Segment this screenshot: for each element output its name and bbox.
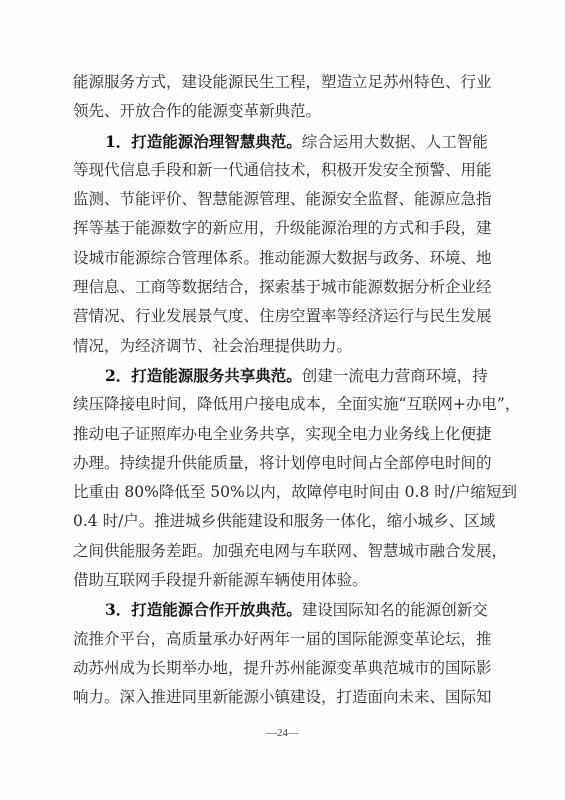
text-line: 监测、节能评价、智慧能源管理、能源安全监督、能源应急指 — [73, 185, 481, 214]
line-text: 推动电子证照库办电全业务共享，实现全电力业务线上化便捷 — [73, 425, 492, 443]
line-text: 等现代信息手段和新一代通信技术，积极开发安全预警、用能 — [73, 161, 492, 179]
section-heading-3: 3．打造能源合作开放典范。 — [105, 600, 302, 619]
text-line: 0.4 时/户。推进城乡供能建设和服务一体化，缩小城乡、区域 — [73, 507, 481, 536]
line-text: 综合运用大数据、人工智能 — [302, 133, 488, 151]
line-text: 续压降接电时间，降低用户接电成本，全面实施“互联网+办电”， — [73, 395, 520, 413]
text-line: 续压降接电时间，降低用户接电成本，全面实施“互联网+办电”， — [73, 390, 481, 419]
line-text: 设城市能源综合管理体系。推动能源大数据与政务、环境、地 — [73, 249, 492, 267]
text-line: 设城市能源综合管理体系。推动能源大数据与政务、环境、地 — [73, 244, 481, 273]
line-text: 比重由 80%降低至 50%以内，故障停电时间由 0.8 时/户缩短到 — [73, 483, 517, 501]
line-text: 办理。持续提升供能质量，将计划停电时间占全部停电时间的 — [73, 454, 492, 472]
text-line: 等现代信息手段和新一代通信技术，积极开发安全预警、用能 — [73, 156, 481, 185]
section-heading-line-3: 3．打造能源合作开放典范。建设国际知名的能源创新交 — [73, 595, 481, 624]
text-line: 响力。深入推进同里新能源小镇建设，打造面向未来、国际知 — [73, 683, 481, 712]
section-heading-2: 2．打造能源服务共享典范。 — [105, 366, 302, 385]
text-line: 挥等基于能源数字的新应用，升级能源治理的方式和手段，建 — [73, 214, 481, 243]
line-text: 建设国际知名的能源创新交 — [302, 601, 488, 619]
body-text: 能源服务方式，建设能源民生工程，塑造立足苏州特色、行业 领先、开放合作的能源变革… — [73, 68, 481, 713]
text-line: 推动电子证照库办电全业务共享，实现全电力业务线上化便捷 — [73, 420, 481, 449]
line-text: 借助互联网手段提升新能源车辆使用体验。 — [73, 571, 368, 589]
text-line: 情况，为经济调节、社会治理提供助力。 — [73, 332, 481, 361]
text-line: 领先、开放合作的能源变革新典范。 — [73, 97, 481, 126]
text-line: 之间供能服务差距。加强充电网与车联网、智慧城市融合发展， — [73, 537, 481, 566]
line-text: 监测、节能评价、智慧能源管理、能源安全监督、能源应急指 — [73, 190, 492, 208]
line-text: 0.4 时/户。推进城乡供能建设和服务一体化，缩小城乡、区域 — [73, 512, 495, 530]
text-line: 借助互联网手段提升新能源车辆使用体验。 — [73, 566, 481, 595]
line-text: 之间供能服务差距。加强充电网与车联网、智慧城市融合发展， — [73, 542, 507, 560]
text-line: 营情况、行业发展景气度、住房空置率等经济运行与民生发展 — [73, 302, 481, 331]
document-page: 能源服务方式，建设能源民生工程，塑造立足苏州特色、行业 领先、开放合作的能源变革… — [0, 0, 565, 800]
line-text: 营情况、行业发展景气度、住房空置率等经济运行与民生发展 — [73, 307, 492, 325]
text-line: 能源服务方式，建设能源民生工程，塑造立足苏州特色、行业 — [73, 68, 481, 97]
text-line: 动苏州成为长期举办地，提升苏州能源变革典范城市的国际影 — [73, 654, 481, 683]
line-text: 流推介平台，高质量承办好两年一届的国际能源变革论坛，推 — [73, 630, 492, 648]
text-line: 办理。持续提升供能质量，将计划停电时间占全部停电时间的 — [73, 449, 481, 478]
text-line: 比重由 80%降低至 50%以内，故障停电时间由 0.8 时/户缩短到 — [73, 478, 481, 507]
section-heading-line-2: 2．打造能源服务共享典范。创建一流电力营商环境，持 — [73, 361, 481, 390]
page-number: —24— — [0, 727, 565, 739]
line-text: 动苏州成为长期举办地，提升苏州能源变革典范城市的国际影 — [73, 659, 492, 677]
section-heading-1: 1．打造能源治理智慧典范。 — [105, 132, 302, 151]
line-text: 创建一流电力营商环境，持 — [302, 367, 488, 385]
text-line: 理信息、工商等数据结合，探索基于城市能源数据分析企业经 — [73, 273, 481, 302]
section-heading-line-1: 1．打造能源治理智慧典范。综合运用大数据、人工智能 — [73, 127, 481, 156]
line-text: 理信息、工商等数据结合，探索基于城市能源数据分析企业经 — [73, 278, 492, 296]
line-text: 响力。深入推进同里新能源小镇建设，打造面向未来、国际知 — [73, 688, 492, 706]
line-text: 挥等基于能源数字的新应用，升级能源治理的方式和手段，建 — [73, 219, 492, 237]
line-text: 领先、开放合作的能源变革新典范。 — [73, 102, 321, 120]
line-text: 能源服务方式，建设能源民生工程，塑造立足苏州特色、行业 — [73, 73, 492, 91]
line-text: 情况，为经济调节、社会治理提供助力。 — [73, 337, 352, 355]
text-line: 流推介平台，高质量承办好两年一届的国际能源变革论坛，推 — [73, 625, 481, 654]
